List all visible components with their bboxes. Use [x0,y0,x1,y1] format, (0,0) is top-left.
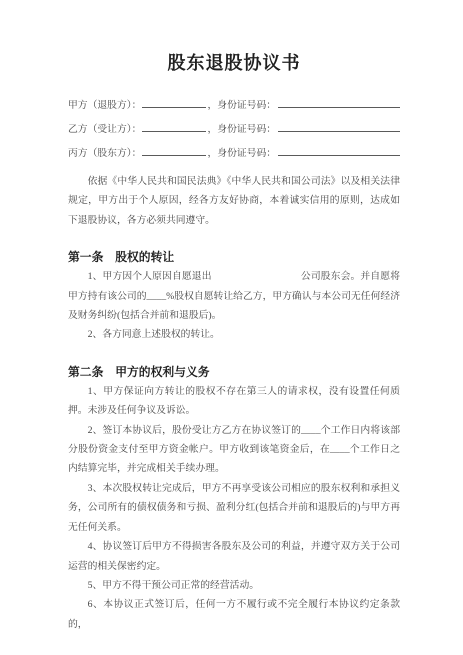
party-separator: ， [207,100,217,111]
document-title: 股东退股协议书 [68,50,400,76]
party-row-bingfang: 丙方（股东方）：，身份证号码： [68,142,400,166]
clause-item: 4、协议签订后甲方不得损害各股东及公司的利益，并遵守双方关于公司运营的相关保密约… [68,537,400,576]
party-id-blank-line [278,145,400,156]
party-id-label: 身份证号码： [217,100,276,111]
parties-block: 甲方（退股方）：，身份证号码： 乙方（受让方）：，身份证号码： 丙方（股东方）：… [68,94,400,166]
party-separator: ， [207,148,217,159]
party-role-label: 乙方（受让方）： [68,124,141,135]
section-1-heading: 第一条 股权的转让 [68,250,400,265]
clause-item: 1、甲方因个人原因自愿退出 公司股东会。并自愿将甲方持有该公司的____%股权自… [68,267,400,325]
party-row-yifang: 乙方（受让方）：，身份证号码： [68,118,400,142]
document-page: 股东退股协议书 甲方（退股方）：，身份证号码： 乙方（受让方）：，身份证号码： … [0,0,463,655]
clause-item: 1、甲方保证向方转让的股权不存在第三人的请求权，没有设置任何质押。未涉及任何争议… [68,382,400,421]
party-role-label: 丙方（股东方）： [68,148,141,159]
clause-item: 2、签订本协议后，股份受让方乙方在协议签订的____个工作日内将该部分股份资金支… [68,421,400,479]
preamble-paragraph: 依据《中华人民共和国民法典》《中华人民共和国公司法》以及相关法律规定，甲方出于个… [68,172,400,230]
party-id-blank-line [278,121,400,132]
clause-item: 6、本协议正式签订后，任何一方不履行或不完全履行本协议约定条款的， [68,595,400,634]
party-name-blank-line [142,97,206,108]
clause-item: 2、各方同意上述股权的转让。 [68,325,400,344]
party-id-label: 身份证号码： [217,148,276,159]
party-separator: ， [207,124,217,135]
clause-item: 3、本次股权转让完成后，甲方不再享受该公司相应的股东权利和承担义务，公司所有的债… [68,479,400,537]
party-role-label: 甲方（退股方）： [68,100,141,111]
party-id-label: 身份证号码： [217,124,276,135]
party-name-blank-line [142,121,206,132]
section-2-heading: 第二条 甲方的权利与义务 [68,365,400,380]
party-id-blank-line [278,97,400,108]
party-row-jiafang: 甲方（退股方）：，身份证号码： [68,94,400,118]
party-name-blank-line [142,145,206,156]
clause-item: 5、甲方不得干预公司正常的经营活动。 [68,576,400,595]
